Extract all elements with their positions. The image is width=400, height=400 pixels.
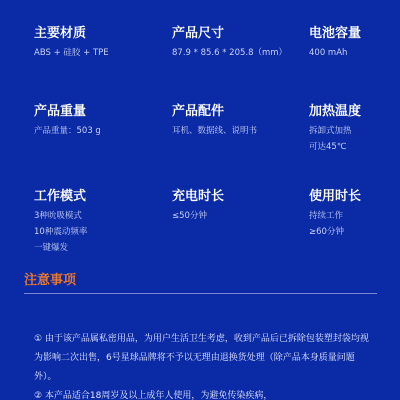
spec-value: 87.9 * 85.6 * 205.8（mm） (172, 45, 287, 61)
spec-weight: 产品重量 产品重量：503 g (34, 104, 101, 139)
spec-value-line: ABS + 硅胶 + TPE (34, 45, 109, 61)
spec-value-line: ≥60分钟 (309, 224, 361, 240)
spec-material: 主要材质 ABS + 硅胶 + TPE (34, 26, 109, 61)
spec-value-line: ≤50分钟 (172, 208, 224, 224)
spec-title: 产品重量 (34, 104, 101, 120)
spec-accessories: 产品配件 耳机、数据线、说明书 (172, 104, 257, 139)
spec-heating: 加热温度 拆卸式加热 可达45℃ (309, 104, 361, 155)
spec-title: 产品尺寸 (172, 26, 287, 42)
spec-title: 工作模式 (34, 189, 87, 205)
spec-value-line: 耳机、数据线、说明书 (172, 123, 257, 139)
spec-value-line: 400 mAh (309, 45, 361, 61)
spec-value: 产品重量：503 g (34, 123, 101, 139)
spec-value-line: 拆卸式加热 (309, 123, 361, 139)
spec-work-mode: 工作模式 3种吮吸模式 10种震动频率 一键爆发 (34, 189, 87, 256)
notice-item: ① 由于该产品属私密用品，为用户生活卫生考虑，收到产品后已拆除包装塑封袋均视为影… (34, 330, 374, 387)
spec-value: 耳机、数据线、说明书 (172, 123, 257, 139)
spec-size: 产品尺寸 87.9 * 85.6 * 205.8（mm） (172, 26, 287, 61)
spec-value-line: 10种震动频率 (34, 224, 87, 240)
spec-title: 充电时长 (172, 189, 224, 205)
spec-battery: 电池容量 400 mAh (309, 26, 361, 61)
divider (24, 293, 377, 294)
spec-title: 加热温度 (309, 104, 361, 120)
spec-title: 产品配件 (172, 104, 257, 120)
notice-title: 注意事项 (24, 273, 76, 289)
notice-body: ① 由于该产品属私密用品，为用户生活卫生考虑，收到产品后已拆除包装塑封袋均视为影… (34, 330, 374, 400)
spec-value-line: 可达45℃ (309, 139, 361, 155)
spec-title: 主要材质 (34, 26, 109, 42)
spec-value-line: 产品重量：503 g (34, 123, 101, 139)
spec-value: 3种吮吸模式 10种震动频率 一键爆发 (34, 208, 87, 256)
spec-value-line: 一键爆发 (34, 240, 87, 256)
spec-title: 电池容量 (309, 26, 361, 42)
spec-value: ABS + 硅胶 + TPE (34, 45, 109, 61)
spec-value: 400 mAh (309, 45, 361, 61)
spec-usage-time: 使用时长 持续工作 ≥60分钟 (309, 189, 361, 240)
spec-value-line: 3种吮吸模式 (34, 208, 87, 224)
spec-value: ≤50分钟 (172, 208, 224, 224)
notice-item: ② 本产品适合18周岁及以上成年人使用，为避免传染疾病， (34, 387, 374, 400)
spec-value-line: 持续工作 (309, 208, 361, 224)
spec-value: 持续工作 ≥60分钟 (309, 208, 361, 240)
spec-value: 拆卸式加热 可达45℃ (309, 123, 361, 155)
spec-charge-time: 充电时长 ≤50分钟 (172, 189, 224, 224)
spec-value-line: 87.9 * 85.6 * 205.8（mm） (172, 45, 287, 61)
spec-title: 使用时长 (309, 189, 361, 205)
